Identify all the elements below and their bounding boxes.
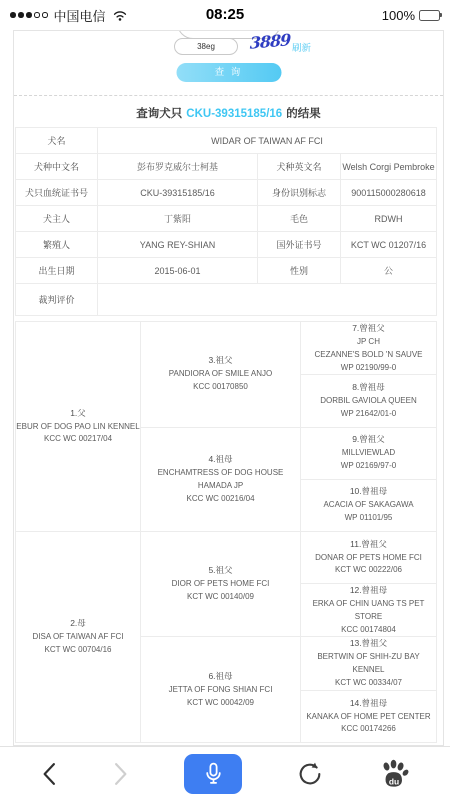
info-label-cell: 性别 [258,258,341,284]
captcha-refresh-link[interactable]: 刷新 [292,40,311,54]
pedigree-cell-great-grandsire: 7.曾祖父 JP CH CEZANNE'S BOLD 'N SAUVE WP 0… [301,322,437,375]
pedigree-table: 1.父 EBUR OF DOG PAO LIN KENNEL KCC WC 00… [15,321,437,743]
info-label-cell: 犬只血统证书号 [16,180,98,206]
info-label-cell: 犬种中文名 [16,154,98,180]
clock-label: 08:25 [206,6,244,23]
info-value-cell: 彭布罗克威尔士柯基 [98,154,258,180]
page-container: 3889 刷新 查 询 查询犬只CKU-39315185/16的结果 犬名 WI… [13,30,444,746]
status-bar: 中国电信 08:25 100% [0,0,450,30]
info-value-cell: 公 [341,258,437,284]
pedigree-cell-great-grandsire: 13.曾祖父 BERTWIN OF SHIH-ZU BAY KENNEL KCT… [301,637,437,690]
pedigree-cell-great-granddam: 8.曾祖母 DORBIL GAVIOLA QUEEN WP 21642/01-0 [301,375,437,427]
voice-search-button[interactable] [184,754,242,794]
baidu-logo-text: du [389,776,399,786]
pedigree-cell-great-granddam: 10.曾祖母 ACACIA OF SAKAGAWA WP 01101/95 [301,479,437,531]
browser-toolbar: du [0,746,450,800]
info-value-cell: KCT WC 01207/16 [341,232,437,258]
info-label-cell: 身份识别标志 [258,180,341,206]
info-label-cell: 犬种英文名 [258,154,341,180]
cert-number: CKU-39315185/16 [182,108,286,120]
carrier-label: 中国电信 [54,6,106,25]
info-value-cell: RDWH [341,206,437,232]
info-value-cell: YANG REY-SHIAN [98,232,258,258]
info-label-cell: 国外证书号 [258,232,341,258]
info-value-cell: CKU-39315185/16 [98,180,258,206]
info-value-cell [98,284,437,316]
pedigree-cell-mother: 2.母 DISA OF TAIWAN AF FCI KCT WC 00704/1… [16,531,141,742]
info-label-cell: 出生日期 [16,258,98,284]
info-value-cell: 900115000280618 [341,180,437,206]
battery-percent-label: 100% [382,8,415,23]
pedigree-cell-granddam: 6.祖母 JETTA OF FONG SHIAN FCI KCT WC 0004… [141,637,301,743]
baidu-home-button[interactable]: du [378,759,410,789]
pedigree-cell-great-granddam: 12.曾祖母 ERKA OF CHIN UANG TS PET STORE KC… [301,583,437,636]
forward-chevron-icon [112,762,130,786]
reload-button[interactable] [296,760,324,788]
info-value-cell: Welsh Corgi Pembroke [341,154,437,180]
reload-icon [296,760,324,788]
captcha-input[interactable] [174,38,238,55]
result-title: 查询犬只CKU-39315185/16的结果 [14,105,443,121]
info-label-cell: 繁殖人 [16,232,98,258]
pedigree-cell-grandsire: 5.祖父 DIOR OF PETS HOME FCI KCT WC 00140/… [141,531,301,637]
dog-info-table: 犬名 WIDAR OF TAIWAN AF FCI 犬种中文名 彭布罗克威尔士柯… [15,127,437,316]
info-label-cell: 犬名 [16,128,98,154]
info-value-cell: 丁紫阳 [98,206,258,232]
pedigree-cell-father: 1.父 EBUR OF DOG PAO LIN KENNEL KCC WC 00… [16,322,141,532]
pedigree-cell-granddam: 4.祖母 ENCHAMTRESS OF DOG HOUSE HAMADA JP … [141,427,301,531]
info-label-cell: 裁判评价 [16,284,98,316]
dashed-divider [14,95,443,96]
forward-button[interactable] [112,762,130,786]
signal-strength-icon [10,12,48,18]
wifi-icon [112,9,128,21]
microphone-icon [201,761,226,786]
pedigree-cell-great-grandsire: 11.曾祖父 DONAR OF PETS HOME FCI KCT WC 002… [301,531,437,583]
back-button[interactable] [40,762,58,786]
baidu-paw-icon: du [378,759,410,789]
info-label-cell: 毛色 [258,206,341,232]
info-label-cell: 犬主人 [16,206,98,232]
captcha-image[interactable]: 3889 [246,30,294,58]
pedigree-cell-grandsire: 3.祖父 PANDIORA OF SMILE ANJO KCC 00170850 [141,322,301,428]
back-chevron-icon [40,762,58,786]
pedigree-cell-great-granddam: 14.曾祖母 KANAKA OF HOME PET CENTER KCC 001… [301,690,437,742]
battery-icon [419,10,442,21]
info-value-cell: 2015-06-01 [98,258,258,284]
info-value-cell: WIDAR OF TAIWAN AF FCI [98,128,437,154]
result-title-suffix: 的结果 [286,108,321,120]
pedigree-cell-great-grandsire: 9.曾祖父 MILLVIEWLAD WP 02169/97-0 [301,427,437,479]
result-title-prefix: 查询犬只 [136,108,182,120]
query-submit-button[interactable]: 查 询 [176,63,281,82]
